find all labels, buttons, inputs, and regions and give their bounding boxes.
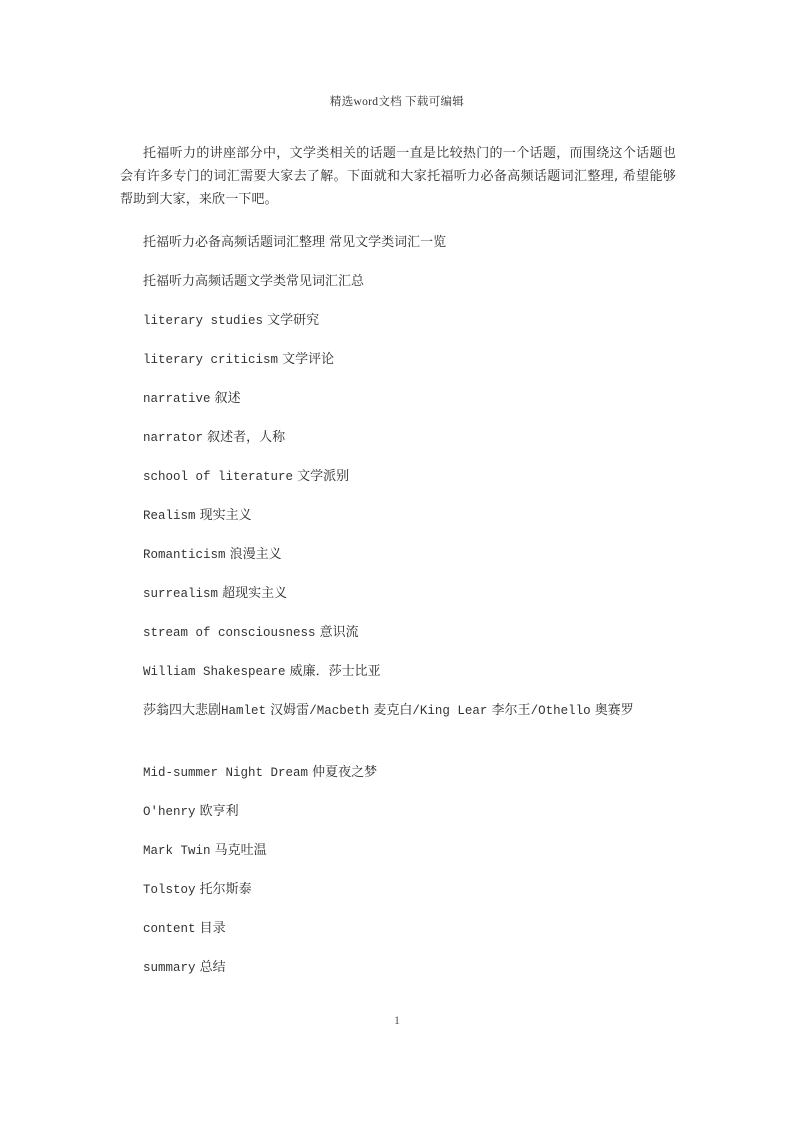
vocab-item: literary criticism 文学评论	[120, 348, 334, 371]
tragedy-zh: 李尔王	[492, 703, 531, 718]
vocab-en: Mid-summer Night Dream	[143, 766, 308, 780]
page-header: 精选word文档 下载可编辑	[0, 93, 794, 109]
vocab-en: O'henry	[143, 805, 196, 819]
page-number: 1	[0, 1013, 794, 1028]
vocab-zh: 叙述	[215, 391, 241, 406]
vocab-zh: 欧亨利	[200, 804, 239, 819]
document-page: 精选word文档 下载可编辑 托福听力的讲座部分中，文学类相关的话题一直是比较热…	[0, 0, 794, 1123]
document-body: 托福听力的讲座部分中，文学类相关的话题一直是比较热门的一个话题，而围绕这个话题也…	[120, 142, 676, 211]
tragedy-en: King Lear	[420, 704, 488, 718]
vocab-zh: 意识流	[320, 625, 359, 640]
vocab-zh: 仲夏夜之梦	[312, 765, 377, 780]
tragedy-zh: 奥赛罗	[595, 703, 634, 718]
vocab-item: Romanticism 浪漫主义	[120, 543, 282, 566]
vocab-zh: 文学研究	[267, 313, 319, 328]
vocab-en: narrator	[143, 431, 203, 445]
vocab-en: Mark Twin	[143, 844, 211, 858]
vocab-en: literary studies	[143, 314, 263, 328]
vocab-item: school of literature 文学派别	[120, 465, 349, 488]
vocab-zh: 目录	[200, 921, 226, 936]
vocab-zh: 超现实主义	[222, 586, 287, 601]
vocab-zh: 现实主义	[200, 508, 252, 523]
heading-2: 托福听力高频话题文学类常见词汇汇总	[120, 270, 364, 293]
vocab-item: Mark Twin 马克吐温	[120, 839, 267, 862]
vocab-item: stream of consciousness 意识流	[120, 621, 359, 644]
vocab-en: William Shakespeare	[143, 665, 286, 679]
tragedy-zh: 麦克白	[373, 703, 412, 718]
tragedy-en: Macbeth	[317, 704, 370, 718]
vocab-item: content 目录	[120, 917, 226, 940]
vocab-en: summary	[143, 961, 196, 975]
tragedy-en: Hamlet	[221, 704, 266, 718]
vocab-en: content	[143, 922, 196, 936]
tragedies-item: 莎翁四大悲剧Hamlet 汉姆雷/Macbeth 麦克白/King Lear 李…	[120, 699, 676, 723]
vocab-zh: 文学评论	[282, 352, 334, 367]
vocab-zh: 总结	[200, 960, 226, 975]
vocab-zh: 马克吐温	[215, 843, 267, 858]
vocab-item: surrealism 超现实主义	[120, 582, 287, 605]
vocab-item: narrator 叙述者，人称	[120, 426, 285, 449]
vocab-item: summary 总结	[120, 956, 226, 979]
vocab-item: William Shakespeare 威廉．莎士比亚	[120, 660, 381, 683]
vocab-en: Tolstoy	[143, 883, 196, 897]
intro-paragraph: 托福听力的讲座部分中，文学类相关的话题一直是比较热门的一个话题，而围绕这个话题也…	[120, 142, 676, 211]
vocab-en: surrealism	[143, 587, 218, 601]
tragedies-prefix: 莎翁四大悲剧	[143, 703, 221, 718]
vocab-en: narrative	[143, 392, 211, 406]
heading-1: 托福听力必备高频话题词汇整理 常见文学类词汇一览	[120, 231, 446, 254]
vocab-zh: 叙述者，人称	[207, 430, 285, 445]
vocab-item: narrative 叙述	[120, 387, 241, 410]
vocab-zh: 托尔斯泰	[200, 882, 252, 897]
vocab-en: Romanticism	[143, 548, 226, 562]
vocab-en: school of literature	[143, 470, 293, 484]
vocab-item: literary studies 文学研究	[120, 309, 319, 332]
vocab-en: Realism	[143, 509, 196, 523]
vocab-zh: 文学派别	[297, 469, 349, 484]
vocab-en: literary criticism	[143, 353, 278, 367]
tragedy-en: Othello	[538, 704, 591, 718]
vocab-zh: 浪漫主义	[230, 547, 282, 562]
vocab-item: Mid-summer Night Dream 仲夏夜之梦	[120, 761, 377, 784]
vocab-en: stream of consciousness	[143, 626, 316, 640]
vocab-item: Tolstoy 托尔斯泰	[120, 878, 252, 901]
tragedy-zh: 汉姆雷	[270, 703, 309, 718]
vocab-zh: 威廉．莎士比亚	[290, 664, 381, 679]
vocab-item: O'henry 欧亨利	[120, 800, 239, 823]
vocab-item: Realism 现实主义	[120, 504, 252, 527]
